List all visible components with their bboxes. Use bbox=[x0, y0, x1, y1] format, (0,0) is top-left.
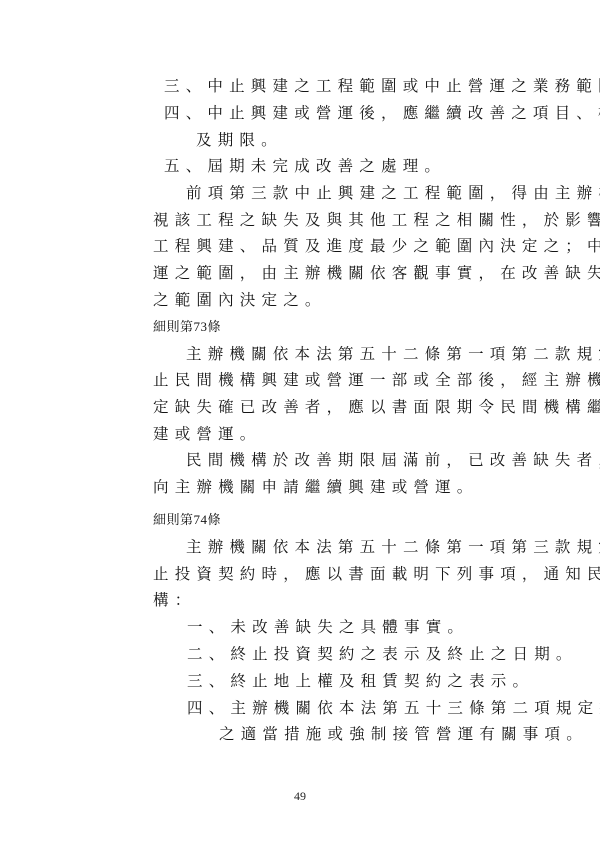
list-item: 一、未改善缺失之具體事實。 bbox=[187, 617, 469, 637]
paragraph-line: 運之範圍，由主辦機關依客觀事實，在改善缺失必要 bbox=[153, 263, 600, 283]
paragraph-line: 止投資契約時，應以書面載明下列事項，通知民間機 bbox=[153, 564, 600, 584]
paragraph-line: 止民間機構興建或營運一部或全部後，經主辦機關認 bbox=[153, 370, 600, 390]
paragraph-line: 視該工程之缺失及與其他工程之相關性，於影響整體 bbox=[153, 210, 600, 230]
paragraph-line: 建或營運。 bbox=[153, 424, 262, 444]
paragraph-line: 民間機構於改善期限屆滿前，已改善缺失者，得 bbox=[186, 450, 600, 470]
paragraph-line: 構： bbox=[153, 590, 196, 610]
list-item-3-scope: 三、中止興建之工程範圍或中止營運之業務範圍。 bbox=[164, 76, 600, 96]
paragraph-line: 之範圍內決定之。 bbox=[153, 290, 327, 310]
paragraph-line: 前項第三款中止興建之工程範圍，得由主辦機關 bbox=[186, 183, 600, 203]
paragraph-line: 主辦機關依本法第五十二條第一項第二款規定中 bbox=[186, 344, 600, 364]
page-number: 49 bbox=[0, 789, 600, 804]
article-74-heading: 細則第74條 bbox=[153, 511, 221, 529]
list-item: 三、終止地上權及租賃契約之表示。 bbox=[187, 671, 534, 691]
paragraph-line: 工程興建、品質及進度最少之範圍內決定之；中止營 bbox=[153, 236, 600, 256]
list-item: 二、終止投資契約之表示及終止之日期。 bbox=[187, 644, 578, 664]
paragraph-line: 定缺失確已改善者，應以書面限期令民間機構繼續興 bbox=[153, 397, 600, 417]
list-item-4-improvement: 四、中止興建或營運後，應繼續改善之項目、標準 bbox=[164, 103, 600, 123]
list-item: 四、主辦機關依本法第五十三條第二項規定擬採取 bbox=[187, 698, 600, 718]
list-item-5-handling: 五、屆期未完成改善之處理。 bbox=[164, 156, 446, 176]
list-item-4-continuation: 及期限。 bbox=[196, 130, 283, 150]
document-page: 三、中止興建之工程範圍或中止營運之業務範圍。 四、中止興建或營運後，應繼續改善之… bbox=[0, 0, 600, 848]
paragraph-line: 主辦機關依本法第五十二條第一項第三款規定終 bbox=[186, 537, 600, 557]
list-item-continuation: 之適當措施或強制接管營運有關事項。 bbox=[219, 724, 588, 744]
article-73-heading: 細則第73條 bbox=[153, 318, 221, 336]
paragraph-line: 向主辦機關申請繼續興建或營運。 bbox=[153, 477, 479, 497]
